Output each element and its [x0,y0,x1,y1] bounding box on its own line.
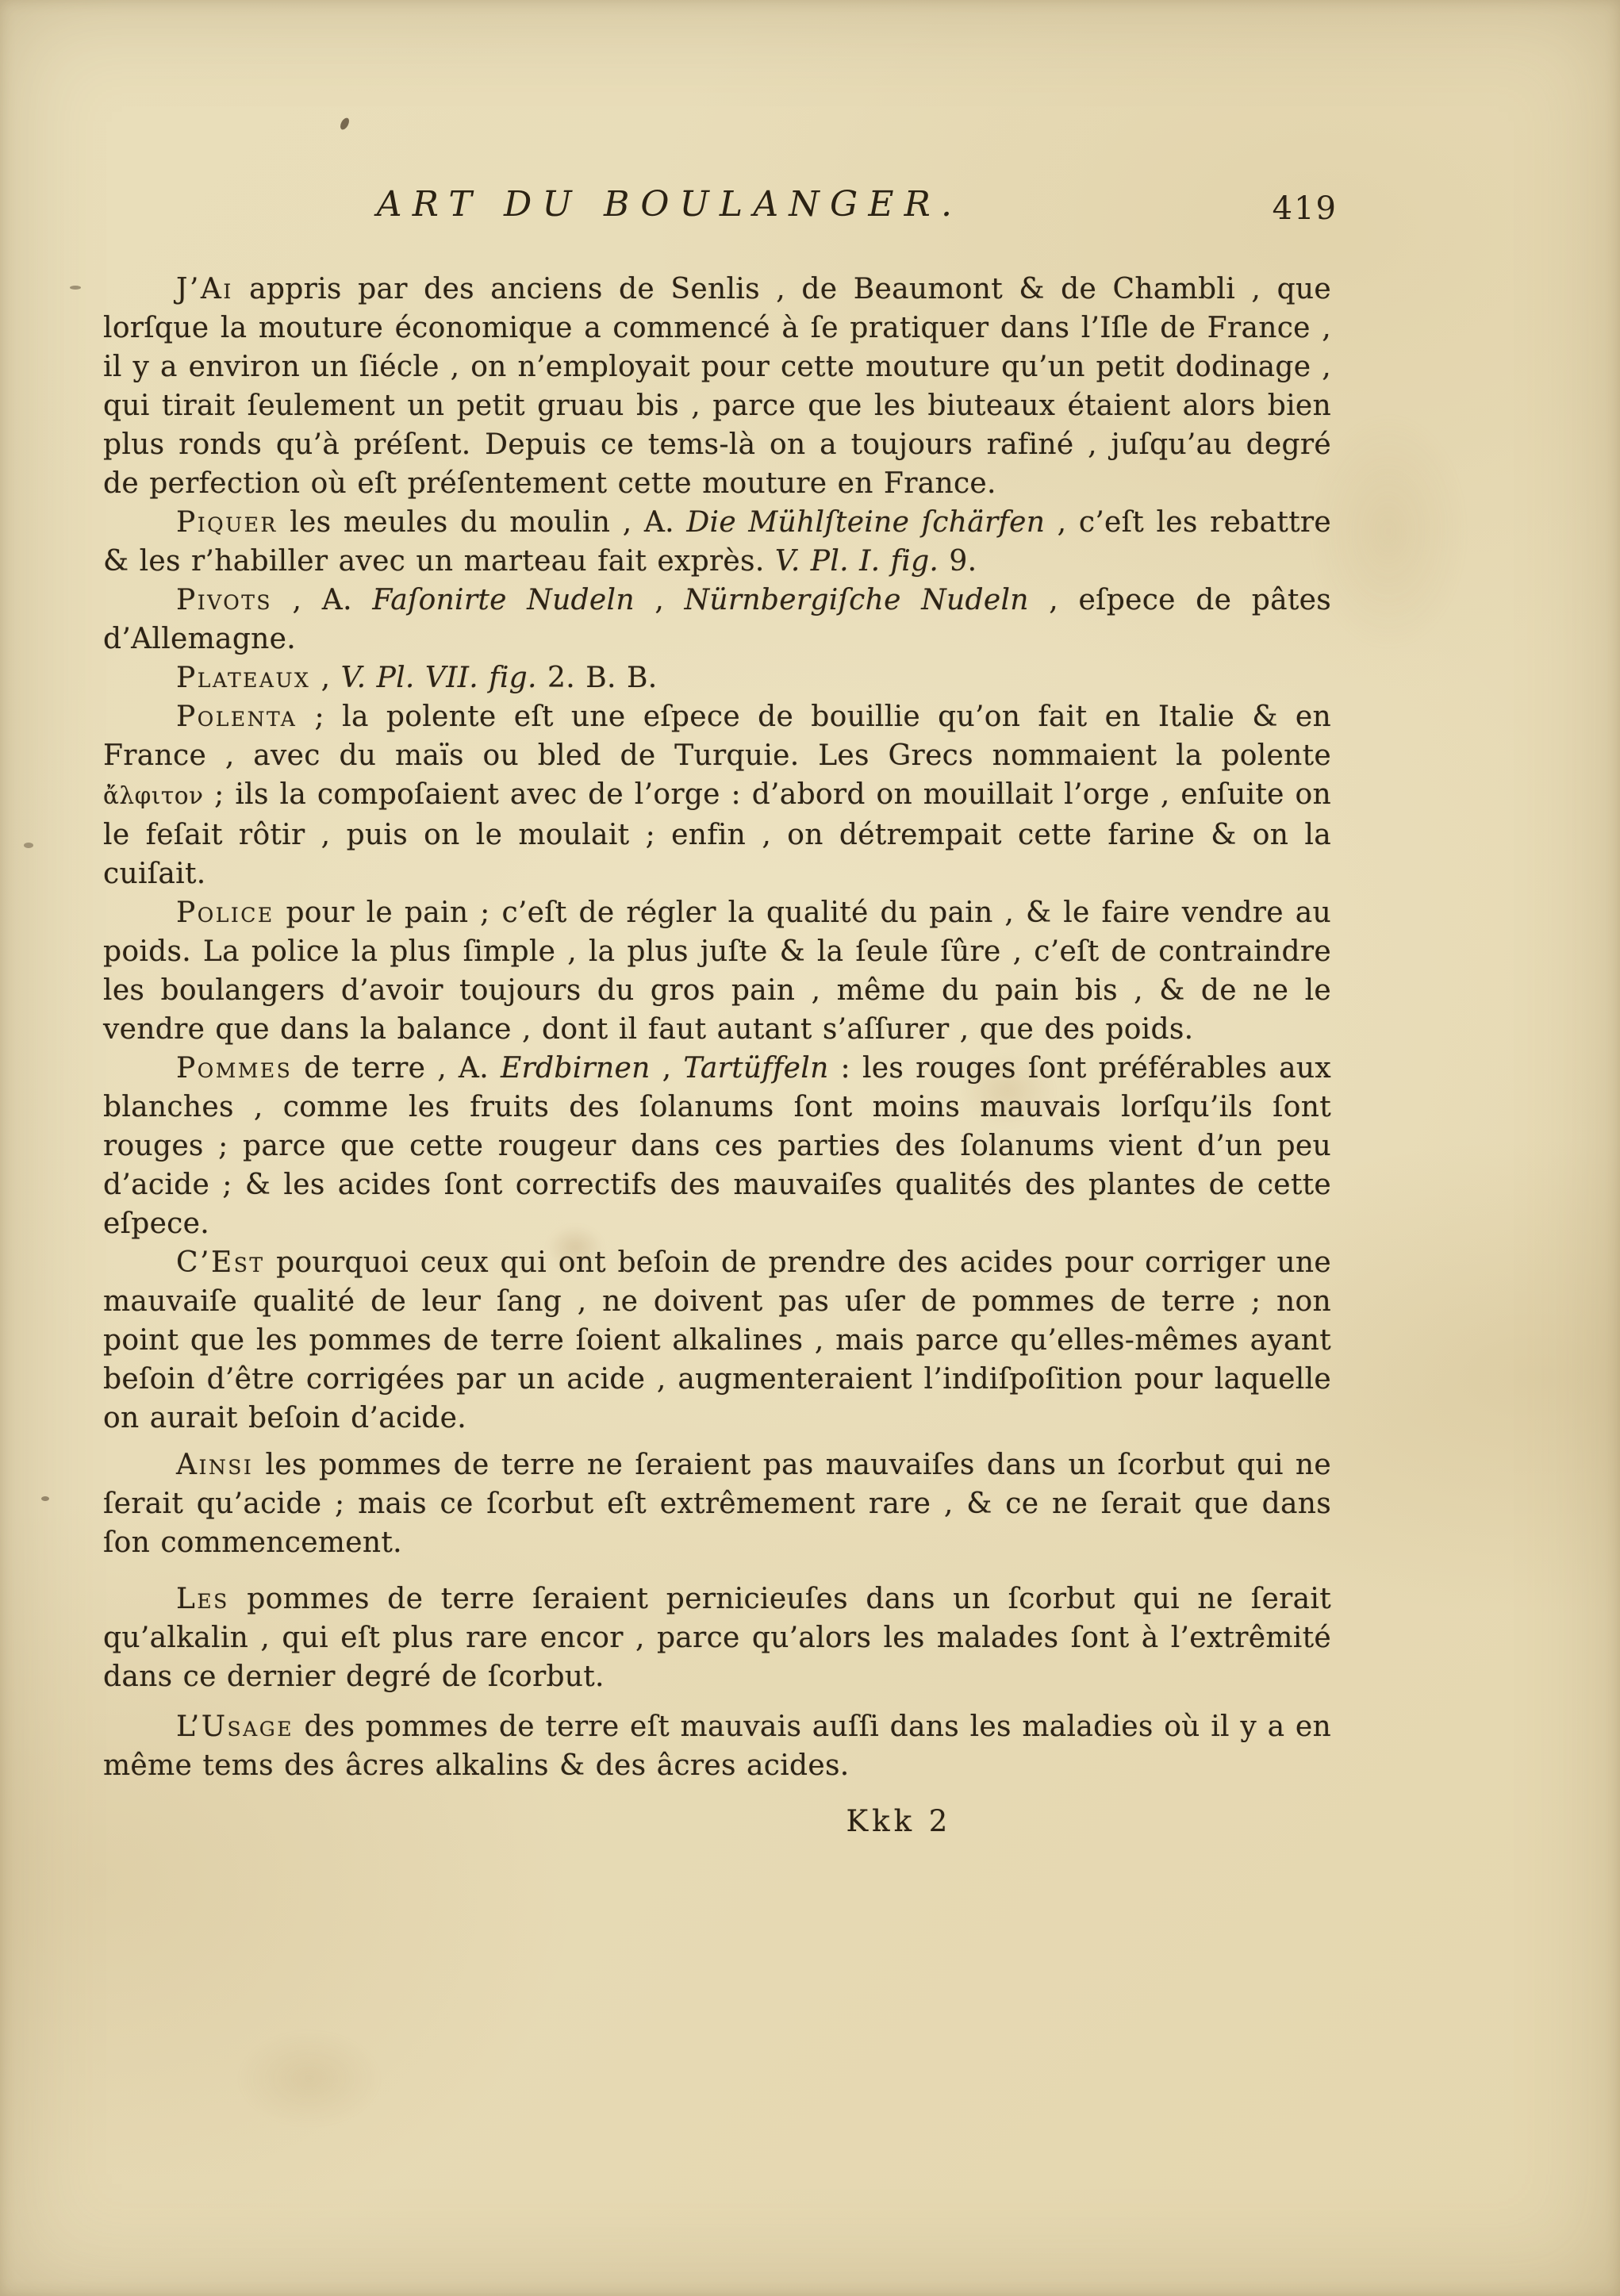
text-run: ; ils la compoſaient avec de l’orge : d’… [103,778,1331,890]
text-run: pommes de terre ſeraient pernicieuſes da… [103,1583,1331,1693]
paragraph: Polenta ; la polente eſt une eſpece de b… [103,697,1331,893]
text-run: Erdbirnen [501,1052,651,1085]
text-run: J’Ai [176,273,233,305]
text-run: ἄλφιτον [103,782,203,809]
text-run: Police [176,897,274,929]
paragraph: C’Est pourquoi ceux qui ont beſoin de pr… [103,1243,1331,1438]
text-run: pourquoi ceux qui ont beſoin de prendre … [103,1246,1331,1434]
text-run: L’Usage [176,1710,294,1743]
text-run: les meules du moulin , A. [278,506,687,539]
text-run: Die Mühlſteine ſchärfen [686,506,1045,539]
page-number: 419 [1273,190,1338,227]
text-run: de terre , A. [292,1052,501,1085]
text-run: appris par des anciens de Senlis , de Be… [103,273,1331,500]
text-run: Tartüffeln [683,1052,828,1085]
text-run: V. Pl. VII. fig. [341,662,537,694]
text-run: V. Pl. I. fig. [775,545,939,578]
page-content: ART DU BOULANGER. 419 J’Ai appris par de… [103,0,1331,1838]
paper-stain [1309,413,1468,651]
text-run: Pivots [176,584,272,616]
text-run: , [635,584,685,616]
paper-stain [238,2031,381,2126]
text-run: 9. [939,545,977,578]
text-run: Plateaux [176,662,310,694]
paragraph: Police pour le pain ; c’eſt de régler la… [103,893,1331,1049]
text-run: Polenta [176,701,297,733]
text-run: les pommes de terre ne ſeraient pas mauv… [103,1449,1331,1559]
text-run: Pommes [176,1052,292,1085]
ink-speck [41,1496,49,1501]
ink-speck [24,843,33,848]
text-block: J’Ai appris par des anciens de Senlis , … [103,270,1331,1785]
text-run: Nürnbergiſche Nudeln [685,584,1029,616]
running-head: ART DU BOULANGER. 419 [103,0,1331,233]
text-run: Les [176,1583,229,1615]
text-run: 2. B. B. [537,662,658,694]
paragraph: Les pommes de terre ſeraient pernicieuſe… [103,1580,1331,1696]
text-run: Faſonirte Nudeln [372,584,634,616]
paragraph: L’Usage des pommes de terre eſt mauvais … [103,1707,1331,1785]
text-run: pour le pain ; c’eſt de régler la qualit… [103,897,1331,1046]
text-run: , [310,662,340,694]
text-run: , [651,1052,684,1085]
text-run: C’Est [176,1246,265,1279]
paragraph: Plateaux , V. Pl. VII. fig. 2. B. B. [103,658,1331,697]
text-run: Ainsi [176,1449,253,1481]
paragraph: Pommes de terre , A. Erdbirnen , Tartüff… [103,1049,1331,1243]
page-title: ART DU BOULANGER. [56,184,1284,225]
paragraph: Pivots , A. Faſonirte Nudeln , Nürnbergi… [103,581,1331,658]
paragraph: Piquer les meules du moulin , A. Die Müh… [103,503,1331,581]
signature-mark: Kkk 2 [103,1804,1331,1838]
book-page-scan: ART DU BOULANGER. 419 J’Ai appris par de… [0,0,1620,2296]
ink-speck [70,286,81,290]
text-run: , A. [272,584,372,616]
paragraph: J’Ai appris par des anciens de Senlis , … [103,270,1331,503]
text-run: Piquer [176,506,278,539]
paragraph: Ainsi les pommes de terre ne ſeraient pa… [103,1446,1331,1562]
